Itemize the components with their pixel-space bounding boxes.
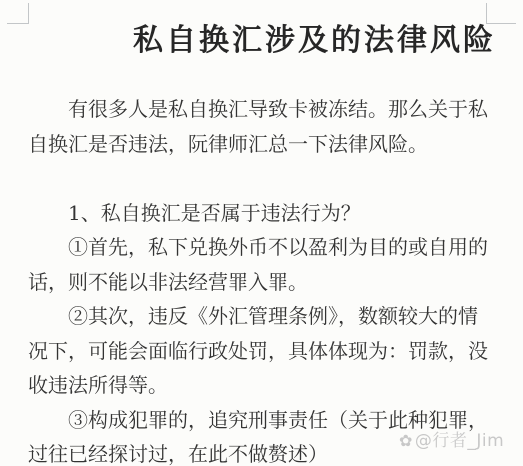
blank-line (28, 161, 496, 196)
point-2-line-3: 收违法所得等。 (28, 368, 496, 403)
intro-line-2: 自换汇是否违法，阮律师汇总一下法律风险。 (28, 127, 496, 162)
point-1-line-1: ①首先，私下兑换外币不以盈利为目的或自用的 (28, 230, 496, 265)
margin-crop-mark-top-right (486, 3, 516, 24)
point-2-line-1: ②其次，违反《外汇管理条例》，数额较大的情 (28, 299, 496, 334)
point-2-line-2: 况下，可能会面临行政处罚，具体体现为：罚款，没 (28, 334, 496, 369)
margin-crop-mark-top-left (7, 3, 29, 24)
author-watermark: ✿@行者_Jim (399, 430, 504, 452)
watermark-handle: @行者_Jim (415, 431, 504, 451)
document-body: 有很多人是私自换汇导致卡被冻结。那么关于私 自换汇是否违法，阮律师汇总一下法律风… (28, 92, 496, 466)
flower-icon: ✿ (399, 430, 413, 452)
section-heading: 1、私自换汇是否属于违法行为？ (28, 196, 496, 231)
document-page: 私自换汇涉及的法律风险 有很多人是私自换汇导致卡被冻结。那么关于私 自换汇是否违… (0, 0, 523, 466)
point-1-line-2: 话，则不能以非法经营罪入罪。 (28, 265, 496, 300)
intro-line-1: 有很多人是私自换汇导致卡被冻结。那么关于私 (28, 92, 496, 127)
document-title: 私自换汇涉及的法律风险 (133, 25, 496, 57)
